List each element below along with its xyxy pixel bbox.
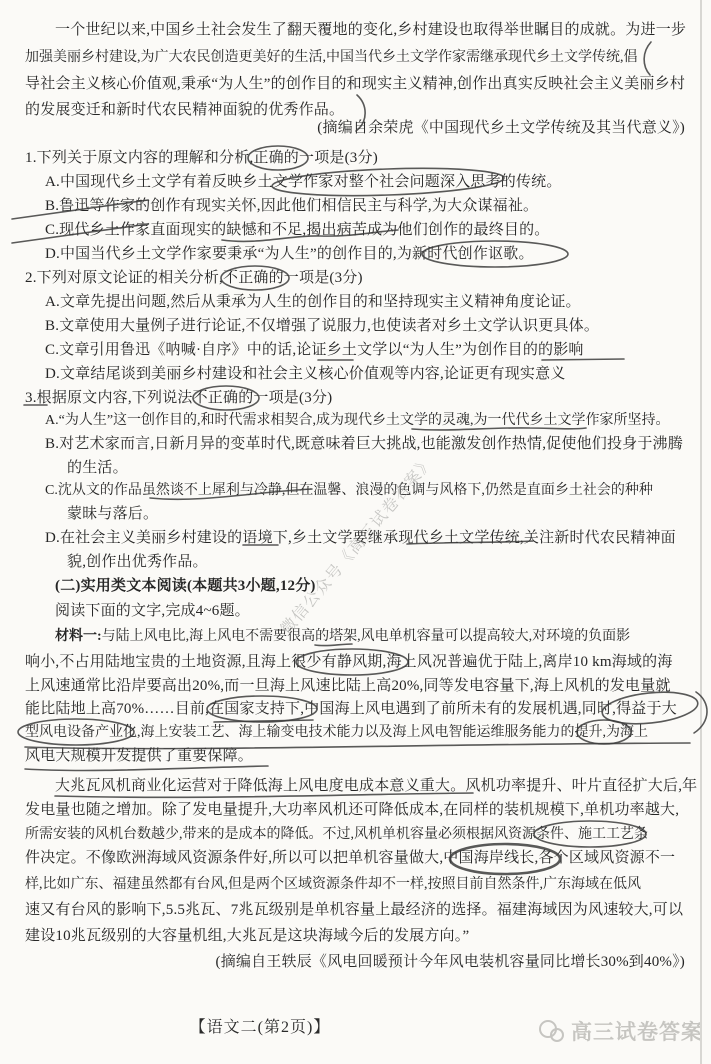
q1-option-a: A.中国现代乡土文学有着反映乡土文学作家对整个社会问题深入思考的传统。 <box>45 174 562 191</box>
material1-p2-line-7: 建设10兆瓦级别的大容量机组,大兆瓦是这块海域今后的发展方向。” <box>25 928 469 945</box>
q3-option-c-line2: 蒙昧与落后。 <box>67 506 158 523</box>
section2-header: (二)实用类文本阅读(本题共3小题,12分) <box>55 578 316 595</box>
material1-p2-line-6: 速又有台风的影响下,5.5兆瓦、7兆瓦级别是单机容量上最经济的选择。福建海域因为… <box>25 902 683 919</box>
q1-option-d: D.中国当代乡土文学作家要秉承“为人生”的创作目的,为新时代创作讴歌。 <box>45 246 534 263</box>
material1-line-3: 上风速通常比沿岸要高出20%,而一旦海上风速比陆上高20%,同等发电容量下,海上… <box>25 678 671 695</box>
material1-line-1-text: 与陆上风电比,海上风电不需要很高的塔架,风电单机容量可以提高较大,对环境的负面影 <box>102 629 631 644</box>
q1-option-b: B.鲁迅等作家的创作有现实关怀,因此他们相信民主与科学,为大众谋福祉。 <box>45 198 538 215</box>
material1-p2-line-3: 所需安装的风机台数越少,带来的是成本的降低。不过,风机单机容量必须根据风资源条件… <box>25 826 648 843</box>
q2-option-c: C.文章引用鲁迅《呐喊·自序》中的话,论证乡土文学以“为人生”为创作目的的影响 <box>45 342 584 359</box>
q3-stem: 3.根据原文内容,下列说法不正确的一项是(3分) <box>25 390 332 407</box>
material1-p2-line-2: 发电量也随之增加。除了发电量提升,大功率风机还可降低成本,在同样的装机规模下,单… <box>25 802 679 819</box>
pen-underline-mudi <box>542 359 624 360</box>
material1-p2-line-4: 件决定。不像欧洲海域风资源条件好,所以可以把单机容量做大,中国海岸线长,各个区域… <box>25 850 675 867</box>
material1-line-2: 响小,不占用陆地宝贵的土地资源,且海上很少有静风期,海上风况普遍优于陆上,离岸1… <box>25 654 673 671</box>
brand-logo-icon <box>537 1017 567 1045</box>
pen-underline-guojiazhichi <box>214 720 313 722</box>
q3-option-c-line1: C.沈从文的作品虽然谈不上犀利与冷静,但在温馨、浪漫的色调与风格下,仍然是直面乡… <box>45 482 653 499</box>
intro-line-2: 加强美丽乡村建设,为广大农民创造更美好的生活,中国当代乡土文学作家需继承现代乡土… <box>25 49 638 66</box>
material1-label: 材料一: <box>55 629 102 644</box>
corner-watermark-text: 高三试卷答案 <box>571 1016 703 1046</box>
pen-underline-baozhang <box>25 766 268 771</box>
intro-attribution: (摘编自余荣虎《中国现代乡土文学传统及其当代意义》) <box>317 120 685 137</box>
q3-option-a: A.“为人生”这一创作目的,和时代需求相契合,成为现代乡土文学的灵魂,为一代代乡… <box>45 412 670 429</box>
material1-p2-line-5: 样,比如广东、福建虽然都有台风,但是两个区域资源条件却不一样,按照目前自然条件,… <box>25 876 641 893</box>
material1-p2-line-1: 大兆瓦风机商业化运营对于降低海上风电度电成本意义重大。风机功率提升、叶片直径扩大… <box>55 778 697 795</box>
intro-line-4: 的发展变迁和新时代农民精神面貌的优秀作品。 <box>25 102 344 119</box>
q3-option-d-line2: 貌,创作出优秀作品。 <box>67 554 208 571</box>
q2-option-b: B.文章使用大量例子进行论证,不仅增强了说服力,也使读者对乡土文学认识更具体。 <box>45 318 599 335</box>
q1-option-c: C.现代乡土作家直面现实的缺憾和不足,揭出病苦成为他们创作的最终目的。 <box>45 222 550 239</box>
q2-option-d: D.文章结尾谈到美丽乡村建设和社会主义核心价值观等内容,论证更有现实意义 <box>45 366 566 383</box>
q1-stem: 1.下列关于原文内容的理解和分析,正确的一项是(3分) <box>25 150 378 167</box>
material1-line-5: 型风电设备产业化,海上安装工艺、海上输变电技术能力以及海上风电智能运维服务能力的… <box>25 724 648 741</box>
q3-option-b-line1: B.对艺术家而言,日新月异的变革时代,既意味着巨大挑战,也能激发创作热情,促使他… <box>45 436 683 453</box>
material1-line-6: 风电大规模开发提供了重要保障。 <box>25 748 253 765</box>
intro-line-1: 一个世纪以来,中国乡土社会发生了翻天覆地的变化,乡村建设也取得举世瞩目的成就。为… <box>55 22 686 39</box>
corner-watermark: 高三试卷答案 <box>537 1016 703 1046</box>
pen-paren-mark <box>644 42 651 75</box>
material1-attribution: (摘编自王轶辰《风电回暖预计今年风电装机容量同比增长30%到40%》) <box>216 954 685 971</box>
exam-paper-page: 一个世纪以来,中国乡土社会发生了翻天覆地的变化,乡村建设也取得举世瞩目的成就。为… <box>0 0 711 1064</box>
intro-line-3: 导社会主义核心价值观,秉承“为人生”的创作目的和现实主义精神,创作出真实反映社会… <box>25 76 685 93</box>
page-footer-label: 【语文二(第2页)】 <box>95 1014 425 1037</box>
scan-edge-line <box>700 0 702 1064</box>
material1-line-4: 能比陆地上高70%……目前,在国家支持下,中国海上风电遇到了前所未有的发展机遇,… <box>25 701 677 718</box>
q2-stem: 2.下列对原文论证的相关分析,不正确的一项是(3分) <box>25 270 363 287</box>
material1-line-1: 材料一:与陆上风电比,海上风电不需要很高的塔架,风电单机容量可以提高较大,对环境… <box>55 628 630 645</box>
section2-instruction: 阅读下面的文字,完成4~6题。 <box>55 603 250 620</box>
q2-option-a: A.文章先提出问题,然后从秉承为人生的创作目的和坚持现实主义精神角度论证。 <box>45 294 581 311</box>
q3-option-b-line2: 的生活。 <box>67 460 128 477</box>
